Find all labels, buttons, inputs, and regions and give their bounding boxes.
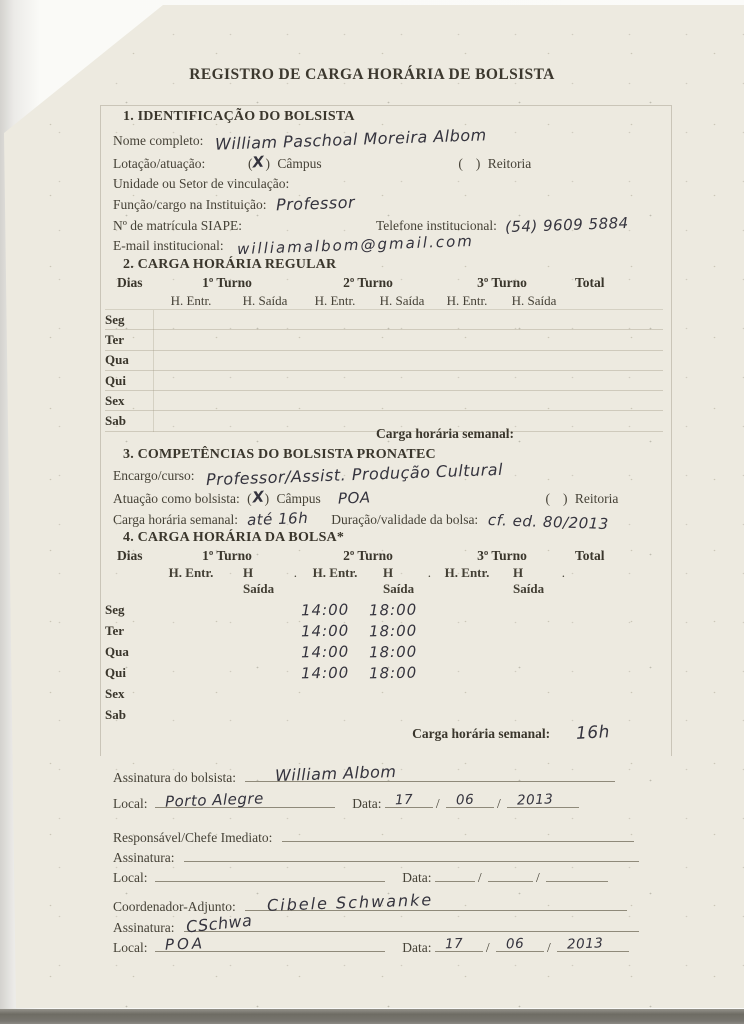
form-title: REGISTRO DE CARGA HORÁRIA DE BOLSISTA	[0, 66, 744, 84]
col-turno2: 2º Turno	[301, 274, 435, 292]
telefone-label: Telefone institucional:	[376, 218, 497, 233]
table-header-row: Dias 1º Turno 2º Turno 3º Turno Total	[105, 547, 663, 565]
field-carga-duracao: Carga horária semanal: até 16h Duração/v…	[113, 510, 668, 529]
table-row: Ter 14:00 18:00	[105, 620, 663, 641]
coordenador-value-handwritten: Cibele Schwanke	[267, 891, 434, 915]
atuacao-campus-label: Câmpus	[276, 491, 320, 506]
responsavel-assinatura-line: Assinatura:	[113, 846, 668, 867]
weekly-hours-regular: Carga horária semanal:	[376, 426, 540, 442]
exit-time-handwritten: 18:00	[369, 600, 418, 619]
col-dias: Dias	[105, 274, 153, 292]
atuacao-label: Atuação como bolsista:	[113, 491, 240, 506]
table-row: Seg	[105, 310, 663, 330]
table-row: Ter	[105, 330, 663, 350]
col-turno3: 3º Turno	[435, 547, 569, 565]
entry-time-handwritten: 14:00	[301, 621, 350, 640]
bolsista-local-data-line: Local: Porto Alegre Data: 17/ 06/ 2013	[113, 792, 668, 813]
scholarship-hours-table: Dias 1º Turno 2º Turno 3º Turno Total H.…	[105, 547, 663, 725]
section3-header: 3. COMPETÊNCIAS DO BOLSISTA PRONATEC	[113, 446, 668, 464]
col-total: Total	[569, 274, 663, 292]
responsavel-local-data-line: Local: Data: / /	[113, 866, 668, 887]
entry-time-handwritten: 14:00	[301, 642, 350, 661]
day-handwritten: 17	[395, 791, 414, 810]
data-label: Data:	[402, 870, 431, 885]
carga-semanal-label: Carga horária semanal:	[113, 512, 238, 527]
responsavel-line: Responsável/Chefe Imediato:	[113, 826, 668, 847]
reitoria-label: Reitoria	[488, 156, 532, 171]
encargo-label: Encargo/curso:	[113, 468, 194, 483]
assinatura-label: Assinatura:	[113, 920, 175, 935]
table-subheader-row: H. Entr. H.Saída H. Entr. H.Saída H. Ent…	[105, 565, 663, 599]
col-turno1: 1º Turno	[153, 274, 301, 292]
field-funcao: Função/cargo na Instituição: Professor	[113, 195, 668, 214]
bolsista-signature-label: Assinatura do bolsista:	[113, 770, 236, 785]
duracao-label: Duração/validade da bolsa:	[331, 512, 478, 527]
unidade-label: Unidade ou Setor de vinculação:	[113, 176, 289, 191]
coordenador-line: Coordenador-Adjunto: Cibele Schwanke	[113, 895, 668, 916]
lotacao-label: Lotação/atuação:	[113, 156, 205, 171]
data-label: Data:	[352, 796, 381, 811]
col-total: Total	[569, 547, 663, 565]
year-handwritten: 2013	[517, 790, 554, 809]
bolsista-signature-handwritten: William Albom	[275, 763, 397, 785]
weekly-hours-value-handwritten: 16h	[576, 722, 611, 744]
local-value-handwritten: Porto Alegre	[165, 789, 264, 810]
table-row: Sab	[105, 704, 663, 725]
telefone-value-handwritten: (54) 9609 5884	[505, 214, 629, 236]
section1-header: 1. IDENTIFICAÇÃO DO BOLSISTA	[113, 108, 668, 126]
coordenador-signature-handwritten: CSchwa	[185, 912, 253, 937]
field-atuacao: Atuação como bolsista: (X) Câmpus POA ()…	[113, 489, 668, 508]
carga-semanal-value-handwritten: até 16h	[247, 509, 309, 529]
atuacao-campus-checkbox-mark: X	[251, 487, 266, 506]
bolsista-signature-line: Assinatura do bolsista: William Albom	[113, 766, 668, 787]
table-row: Seg 14:00 18:00	[105, 599, 663, 620]
coordenador-local-data-line: Local: POA Data: 17/ 06/ 2013	[113, 936, 668, 957]
local-value-handwritten: POA	[165, 934, 206, 953]
siape-label: Nº de matrícula SIAPE:	[113, 218, 242, 233]
table-subheader-row: H. Entr. H. Saída H. Entr. H. Saída H. E…	[105, 292, 663, 310]
campus-paren-close: )	[265, 156, 270, 171]
weekly-hours-scholarship: Carga horária semanal:16h	[412, 723, 610, 743]
table-row: Qui	[105, 370, 663, 390]
field-siape-telefone: Nº de matrícula SIAPE: Telefone instituc…	[113, 216, 668, 235]
exit-time-handwritten: 18:00	[369, 663, 418, 682]
local-label: Local:	[113, 870, 147, 885]
month-handwritten: 06	[506, 935, 525, 954]
email-value-handwritten: williamalbom@gmail.com	[237, 232, 474, 258]
nome-value-handwritten: William Paschoal Moreira Albom	[215, 126, 487, 153]
encargo-value-handwritten: Professor/Assist. Produção Cultural	[206, 461, 504, 489]
table-row: Qua 14:00 18:00	[105, 641, 663, 662]
day-handwritten: 17	[445, 935, 464, 954]
table-row: Qua	[105, 350, 663, 370]
atuacao-campus-value-handwritten: POA	[338, 488, 371, 507]
table-header-row: Dias 1º Turno 2º Turno 3º Turno Total	[105, 274, 663, 292]
campus-checkbox-mark: X	[252, 152, 267, 171]
reitoria-paren-open: (	[458, 156, 463, 171]
section4-header: 4. CARGA HORÁRIA DA BOLSA*	[113, 529, 668, 547]
col-turno1: 1º Turno	[153, 547, 301, 565]
funcao-label: Função/cargo na Instituição:	[113, 197, 266, 212]
atuacao-reitoria-checkbox-mark	[550, 501, 563, 502]
table-row: Qui 14:00 18:00	[105, 662, 663, 683]
reitoria-paren-close: )	[476, 156, 481, 171]
responsavel-label: Responsável/Chefe Imediato:	[113, 830, 272, 845]
coordenador-label: Coordenador-Adjunto:	[113, 899, 236, 914]
funcao-value-handwritten: Professor	[276, 194, 356, 215]
email-label: E-mail institucional:	[113, 238, 224, 253]
entry-time-handwritten: 14:00	[301, 600, 350, 619]
scan-edge-bar	[0, 1009, 744, 1024]
field-nome-completo: Nome completo: William Paschoal Moreira …	[113, 131, 668, 150]
campus-label: Câmpus	[277, 156, 321, 171]
table-row: Sex	[105, 683, 663, 704]
entry-time-handwritten: 14:00	[301, 663, 350, 682]
table-row: Sex	[105, 391, 663, 411]
atuacao-reitoria-label: Reitoria	[575, 491, 619, 506]
local-label: Local:	[113, 796, 147, 811]
data-label: Data:	[402, 940, 431, 955]
nome-label: Nome completo:	[113, 133, 203, 148]
field-encargo: Encargo/curso: Professor/Assist. Produçã…	[113, 466, 668, 485]
col-turno2: 2º Turno	[301, 547, 435, 565]
year-handwritten: 2013	[567, 934, 604, 953]
field-lotacao: Lotação/atuação: (X) Câmpus () Reitoria	[113, 154, 668, 173]
regular-hours-table: Dias 1º Turno 2º Turno 3º Turno Total H.…	[105, 274, 663, 432]
assinatura-label: Assinatura:	[113, 850, 175, 865]
field-unidade: Unidade ou Setor de vinculação:	[113, 175, 668, 193]
field-email: E-mail institucional: williamalbom@gmail…	[113, 236, 668, 255]
col-turno3: 3º Turno	[435, 274, 569, 292]
col-dias: Dias	[105, 547, 153, 565]
exit-time-handwritten: 18:00	[369, 621, 418, 640]
local-label: Local:	[113, 940, 147, 955]
reitoria-checkbox-mark	[463, 166, 476, 167]
month-handwritten: 06	[456, 791, 475, 810]
bolsista-form: 1. IDENTIFICAÇÃO DO BOLSISTA Nome comple…	[103, 105, 670, 985]
exit-time-handwritten: 18:00	[369, 642, 418, 661]
section2-header: 2. CARGA HORÁRIA REGULAR	[113, 256, 668, 274]
